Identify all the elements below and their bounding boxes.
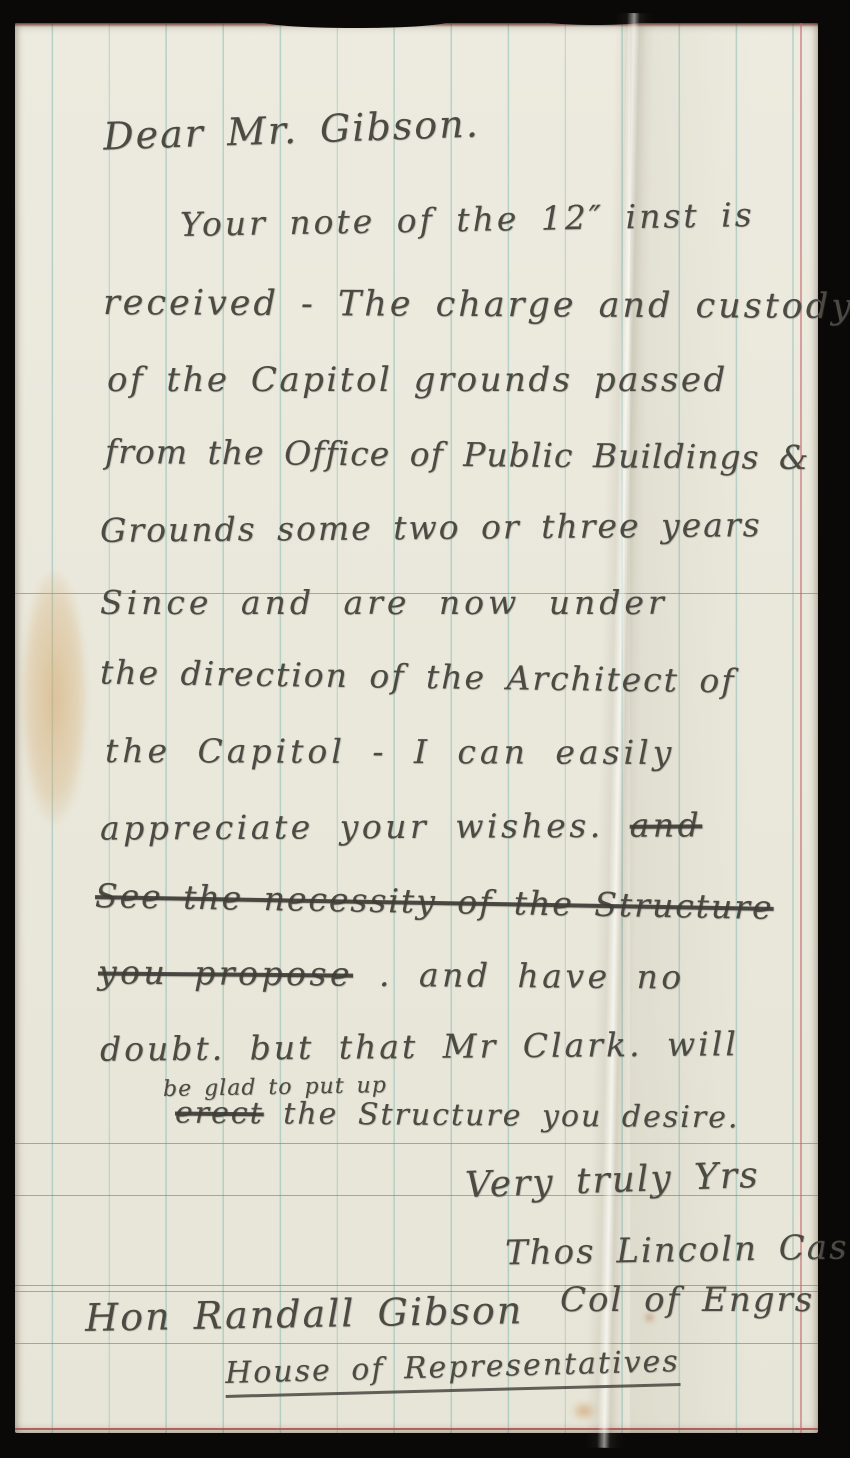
signature-name: Thos Lincoln Casey: [505, 1227, 850, 1274]
body-line-12: doubt. but that Mr Clark. will: [100, 1024, 739, 1069]
body-line-13-text: the Structure you desire.: [264, 1096, 740, 1135]
body-line-6: Since and are now under: [100, 583, 668, 622]
body-line-8: the Capitol - I can easily: [105, 731, 675, 772]
body-line-13: erect the Structure you desire.: [175, 1096, 740, 1136]
body-line-11: you propose . and have no: [98, 952, 685, 996]
signature-title: Col of Engrs: [560, 1280, 814, 1320]
paper-stain-bottom: [571, 1401, 597, 1421]
body-line-7: the direction of the Architect of: [100, 653, 736, 701]
letter-paper: Dear Mr. Gibson. Your note of the 12″ in…: [15, 23, 818, 1433]
body-line-5: Grounds some two or three years: [100, 505, 762, 550]
struck-word-erect: erect: [175, 1096, 264, 1132]
address-line-1: Hon Randall Gibson: [85, 1288, 524, 1340]
photo-background: { "scene": { "background_color": "#0a090…: [0, 0, 850, 1458]
red-rule-vertical: [800, 23, 802, 1433]
body-line-9: appreciate your wishes. and: [100, 805, 702, 847]
struck-word-and: and: [630, 805, 703, 844]
body-line-11-text: . and have no: [353, 955, 685, 997]
salutation-line: Dear Mr. Gibson.: [102, 101, 480, 158]
body-line-2: received - The charge and custody: [103, 283, 850, 327]
struck-phrase-you-propose: you propose: [98, 952, 353, 993]
address-line-2: House of Representatives: [225, 1344, 680, 1391]
body-line-9-text: appreciate your wishes.: [100, 806, 630, 848]
body-line-4: from the Office of Public Buildings &: [105, 432, 810, 477]
paper-edge-notch: [260, 14, 450, 28]
paper-stain-left: [21, 571, 87, 823]
body-line-3: of the Capitol grounds passed: [107, 360, 728, 400]
